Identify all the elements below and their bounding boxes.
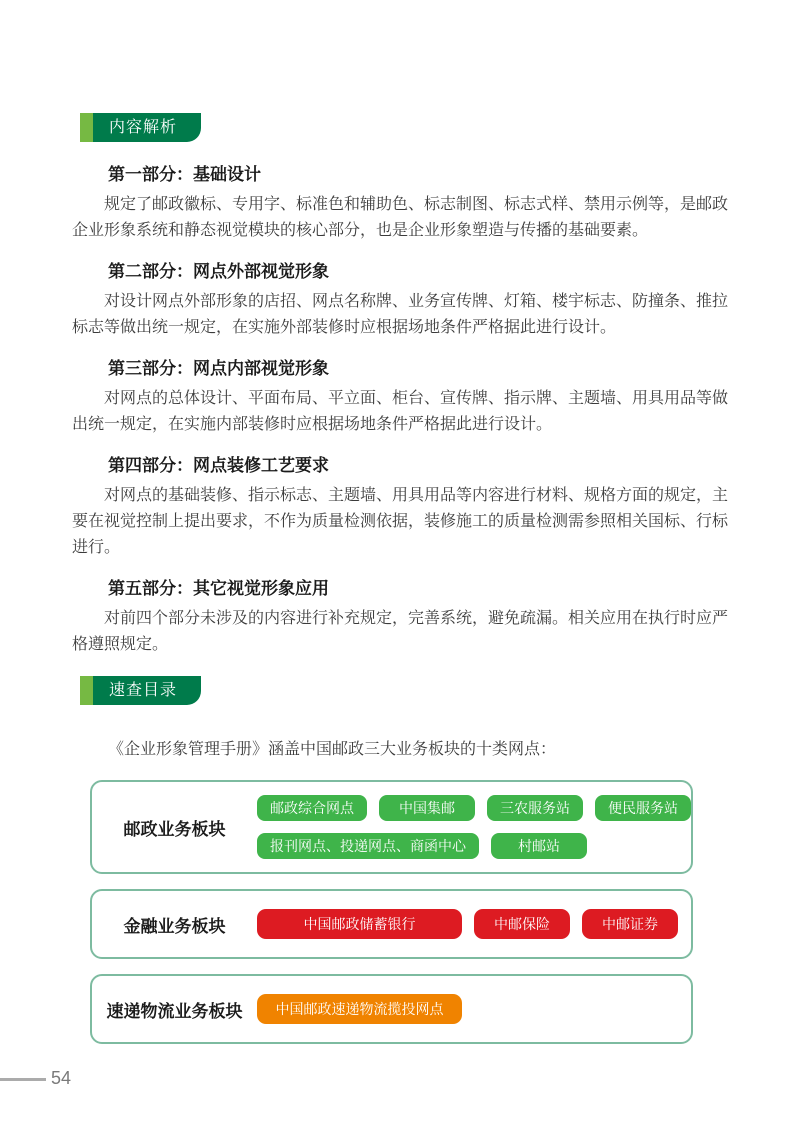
outlet-tag-convenience-service: 便民服务站 (595, 795, 691, 821)
group-label-logistics: 速递物流业务板块 (92, 997, 257, 1022)
outlet-tag-postal-comprehensive: 邮政综合网点 (257, 795, 367, 821)
manual-page: 内容解析 第一部分：基础设计 规定了邮政徽标、专用字、标准色和辅助色、标志制图、… (0, 0, 800, 1132)
footer-rule (0, 1078, 46, 1081)
badge-accent-strip (80, 113, 93, 142)
part-4-heading: 第四部分：网点装修工艺要求 (72, 451, 728, 476)
outlet-tag-ems-logistics: 中国邮政速递物流揽投网点 (257, 994, 462, 1024)
logistics-buttons: 中国邮政速递物流揽投网点 (257, 994, 462, 1024)
section-badge-label: 内容解析 (93, 113, 201, 142)
content-analysis-text: 第一部分：基础设计 规定了邮政徽标、专用字、标准色和辅助色、标志制图、标志式样、… (72, 160, 728, 658)
outlet-tag-china-philately: 中国集邮 (379, 795, 475, 821)
outlet-tag-psbc: 中国邮政储蓄银行 (257, 909, 462, 939)
postal-button-row-2: 报刊网点、投递网点、商函中心 村邮站 (257, 833, 691, 859)
part-1-heading: 第一部分：基础设计 (72, 160, 728, 185)
outlet-tag-china-post-insurance: 中邮保险 (474, 909, 570, 939)
outlet-tag-rural-service: 三农服务站 (487, 795, 583, 821)
section-badge-label: 速查目录 (93, 676, 201, 705)
group-label-finance: 金融业务板块 (92, 912, 257, 937)
group-box-postal: 邮政业务板块 邮政综合网点 中国集邮 三农服务站 便民服务站 报刊网点、投递网点… (90, 780, 693, 874)
part-5-body: 对前四个部分未涉及的内容进行补充规定，完善系统，避免疏漏。相关应用在执行时应严格… (72, 606, 728, 658)
page-number: 54 (51, 1068, 71, 1089)
part-3-heading: 第三部分：网点内部视觉形象 (72, 354, 728, 379)
outlet-tag-village-post: 村邮站 (491, 833, 587, 859)
section-badge-quick-index: 速查目录 (80, 676, 201, 705)
finance-buttons: 中国邮政储蓄银行 中邮保险 中邮证券 (257, 909, 678, 939)
part-2-heading: 第二部分：网点外部视觉形象 (72, 257, 728, 282)
section-badge-content-analysis: 内容解析 (80, 113, 201, 142)
group-box-logistics: 速递物流业务板块 中国邮政速递物流揽投网点 (90, 974, 693, 1044)
outlet-tag-newspaper-delivery-mail: 报刊网点、投递网点、商函中心 (257, 833, 479, 859)
part-2-body: 对设计网点外部形象的店招、网点名称牌、业务宣传牌、灯箱、楼宇标志、防撞条、推拉标… (72, 289, 728, 341)
part-5-heading: 第五部分：其它视觉形象应用 (72, 574, 728, 599)
part-4-body: 对网点的基础装修、指示标志、主题墙、用具用品等内容进行材料、规格方面的规定，主要… (72, 483, 728, 561)
badge-accent-strip (80, 676, 93, 705)
outlet-tag-china-post-securities: 中邮证券 (582, 909, 678, 939)
part-3-body: 对网点的总体设计、平面布局、平立面、柜台、宣传牌、指示牌、主题墙、用具用品等做出… (72, 386, 728, 438)
postal-button-row-1: 邮政综合网点 中国集邮 三农服务站 便民服务站 (257, 795, 691, 821)
postal-buttons: 邮政综合网点 中国集邮 三农服务站 便民服务站 报刊网点、投递网点、商函中心 村… (257, 795, 691, 859)
group-box-finance: 金融业务板块 中国邮政储蓄银行 中邮保险 中邮证券 (90, 889, 693, 959)
quick-index-intro: 《企业形象管理手册》涵盖中国邮政三大业务板块的十类网点： (72, 736, 728, 759)
part-1-body: 规定了邮政徽标、专用字、标准色和辅助色、标志制图、标志式样、禁用示例等，是邮政企… (72, 192, 728, 244)
business-sector-boxes: 邮政业务板块 邮政综合网点 中国集邮 三农服务站 便民服务站 报刊网点、投递网点… (0, 780, 800, 1044)
finance-button-row: 中国邮政储蓄银行 中邮保险 中邮证券 (257, 909, 678, 939)
logistics-button-row: 中国邮政速递物流揽投网点 (257, 994, 462, 1024)
group-label-postal: 邮政业务板块 (92, 815, 257, 840)
